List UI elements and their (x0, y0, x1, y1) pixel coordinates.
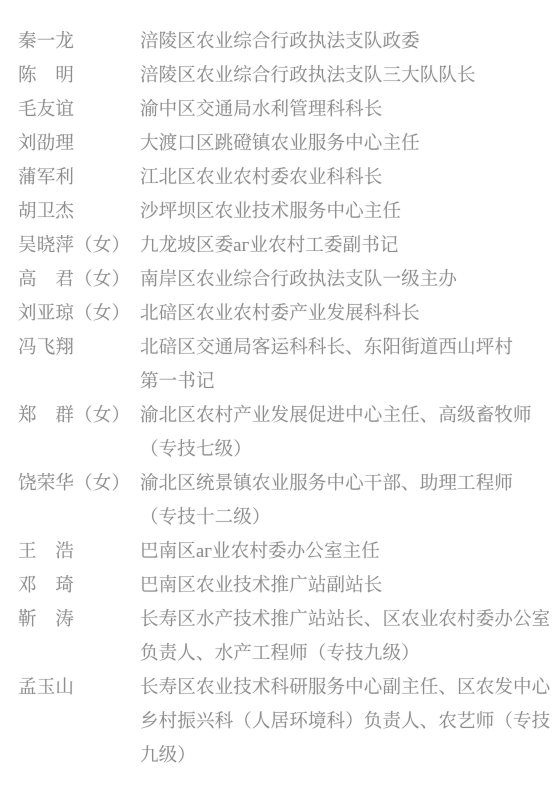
person-title-line: （专技十二级） (140, 501, 558, 535)
person-title-line: 乡村振兴科（人居环境科）负责人、农艺师（专技 (140, 705, 558, 739)
person-title: 长寿区水产技术推广站站长、区农业农村委办公室负责人、水产工程师（专技九级） (140, 603, 558, 671)
list-item: 秦一龙 涪陵区农业综合行政执法支队政委 (0, 25, 558, 59)
appointment-roster-list: 秦一龙 涪陵区农业综合行政执法支队政委 陈 明 涪陵区农业综合行政执法支队三大队… (0, 25, 558, 773)
person-title: 北碚区农业农村委产业发展科科长 (140, 297, 558, 331)
person-title-line: 九龙坡区委аг业农村工委副书记 (140, 229, 558, 263)
person-title: 涪陵区农业综合行政执法支队三大队队长 (140, 59, 558, 93)
list-item: 郑 群（女） 渝北区农村产业发展促进中心主任、高级畜牧师（专技七级） (0, 399, 558, 467)
person-title-line: 巴南区аг业农村委办公室主任 (140, 535, 558, 569)
person-name: 胡卫杰 (0, 195, 140, 229)
person-title: 大渡口区跳磴镇农业服务中心主任 (140, 127, 558, 161)
person-name: 邓 琦 (0, 569, 140, 603)
person-name: 靳 涛 (0, 603, 140, 637)
person-name: 吴晓萍（女） (0, 229, 140, 263)
list-item: 高 君（女） 南岸区农业综合行政执法支队一级主办 (0, 263, 558, 297)
person-title: 九龙坡区委аг业农村工委副书记 (140, 229, 558, 263)
list-item: 蒲军利 江北区农业农村委农业科科长 (0, 161, 558, 195)
list-item: 孟玉山 长寿区农业技术科研服务中心副主任、区农发中心乡村振兴科（人居环境科）负责… (0, 671, 558, 773)
list-item: 饶荣华（女） 渝北区统景镇农业服务中心干部、助理工程师（专技十二级） (0, 467, 558, 535)
person-title-line: 涪陵区农业综合行政执法支队政委 (140, 25, 558, 59)
person-title-line: 巴南区农业技术推广站副站长 (140, 569, 558, 603)
person-title: 江北区农业农村委农业科科长 (140, 161, 558, 195)
person-title-line: （专技七级） (140, 433, 558, 467)
person-title-line: 大渡口区跳磴镇农业服务中心主任 (140, 127, 558, 161)
person-title: 南岸区农业综合行政执法支队一级主办 (140, 263, 558, 297)
person-title: 涪陵区农业综合行政执法支队政委 (140, 25, 558, 59)
person-name: 毛友谊 (0, 93, 140, 127)
person-title: 长寿区农业技术科研服务中心副主任、区农发中心乡村振兴科（人居环境科）负责人、农艺… (140, 671, 558, 773)
person-title-line: 长寿区水产技术推广站站长、区农业农村委办公室 (140, 603, 558, 637)
person-title: 巴南区аг业农村委办公室主任 (140, 535, 558, 569)
person-title-line: 负责人、水产工程师（专技九级） (140, 637, 558, 671)
person-name: 高 君（女） (0, 263, 140, 297)
person-name: 冯飞翔 (0, 331, 140, 365)
person-title-line: 北碚区农业农村委产业发展科科长 (140, 297, 558, 331)
person-title-line: 沙坪坝区农业技术服务中心主任 (140, 195, 558, 229)
list-item: 邓 琦 巴南区农业技术推广站副站长 (0, 569, 558, 603)
person-title-line: 北碚区交通局客运科科长、东阳街道西山坪村 (140, 331, 558, 365)
list-item: 刘亚琼（女） 北碚区农业农村委产业发展科科长 (0, 297, 558, 331)
list-item: 陈 明 涪陵区农业综合行政执法支队三大队队长 (0, 59, 558, 93)
person-title: 渝北区统景镇农业服务中心干部、助理工程师（专技十二级） (140, 467, 558, 535)
person-title-line: 南岸区农业综合行政执法支队一级主办 (140, 263, 558, 297)
person-title: 北碚区交通局客运科科长、东阳街道西山坪村第一书记 (140, 331, 558, 399)
person-name: 秦一龙 (0, 25, 140, 59)
list-item: 毛友谊 渝中区交通局水利管理科科长 (0, 93, 558, 127)
person-name: 孟玉山 (0, 671, 140, 705)
person-title: 渝中区交通局水利管理科科长 (140, 93, 558, 127)
person-title-line: 九级） (140, 739, 558, 773)
person-title-line: 渝北区农村产业发展促进中心主任、高级畜牧师 (140, 399, 558, 433)
list-item: 靳 涛 长寿区水产技术推广站站长、区农业农村委办公室负责人、水产工程师（专技九级… (0, 603, 558, 671)
person-title-line: 渝中区交通局水利管理科科长 (140, 93, 558, 127)
list-item: 吴晓萍（女） 九龙坡区委аг业农村工委副书记 (0, 229, 558, 263)
person-name: 郑 群（女） (0, 399, 140, 433)
person-title-line: 长寿区农业技术科研服务中心副主任、区农发中心 (140, 671, 558, 705)
person-title: 渝北区农村产业发展促进中心主任、高级畜牧师（专技七级） (140, 399, 558, 467)
person-title-line: 涪陵区农业综合行政执法支队三大队队长 (140, 59, 558, 93)
list-item: 刘劭理 大渡口区跳磴镇农业服务中心主任 (0, 127, 558, 161)
person-title: 巴南区农业技术推广站副站长 (140, 569, 558, 603)
scanned-document-page: 秦一龙 涪陵区农业综合行政执法支队政委 陈 明 涪陵区农业综合行政执法支队三大队… (0, 0, 558, 788)
list-item: 王 浩 巴南区аг业农村委办公室主任 (0, 535, 558, 569)
person-name: 刘亚琼（女） (0, 297, 140, 331)
person-title: 沙坪坝区农业技术服务中心主任 (140, 195, 558, 229)
person-title-line: 第一书记 (140, 365, 558, 399)
person-name: 刘劭理 (0, 127, 140, 161)
person-title-line: 江北区农业农村委农业科科长 (140, 161, 558, 195)
list-item: 冯飞翔 北碚区交通局客运科科长、东阳街道西山坪村第一书记 (0, 331, 558, 399)
person-name: 陈 明 (0, 59, 140, 93)
person-name: 蒲军利 (0, 161, 140, 195)
person-title-line: 渝北区统景镇农业服务中心干部、助理工程师 (140, 467, 558, 501)
person-name: 饶荣华（女） (0, 467, 140, 501)
list-item: 胡卫杰 沙坪坝区农业技术服务中心主任 (0, 195, 558, 229)
person-name: 王 浩 (0, 535, 140, 569)
